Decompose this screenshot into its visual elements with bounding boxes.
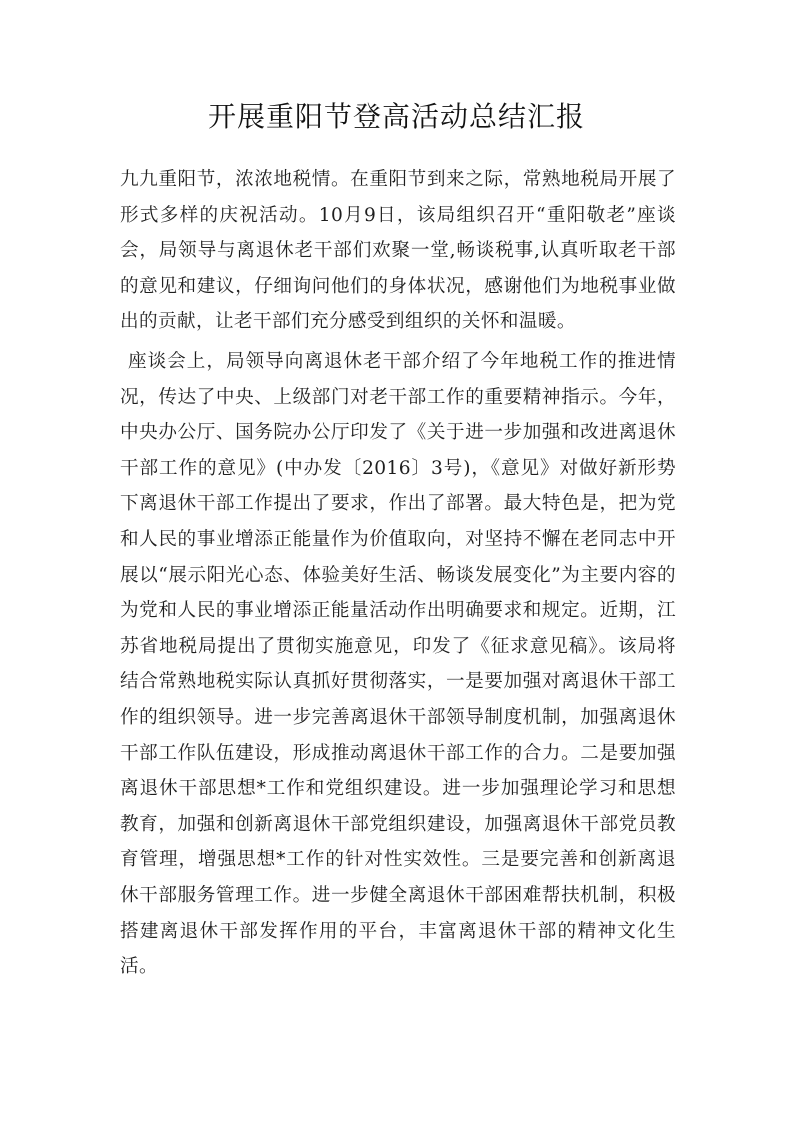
document-title: 开展重阳节登高活动总结汇报 bbox=[0, 97, 793, 137]
paragraph-1: 九九重阳节，浓浓地税情。在重阳节到来之际，常熟地税局开展了形式多样的庆祝活动。1… bbox=[120, 162, 676, 340]
paragraph-2: 座谈会上，局领导向离退休老干部介绍了今年地税工作的推进情况，传达了中央、上级部门… bbox=[120, 344, 676, 985]
document-page: 开展重阳节登高活动总结汇报 九九重阳节，浓浓地税情。在重阳节到来之际，常熟地税局… bbox=[0, 0, 793, 1122]
